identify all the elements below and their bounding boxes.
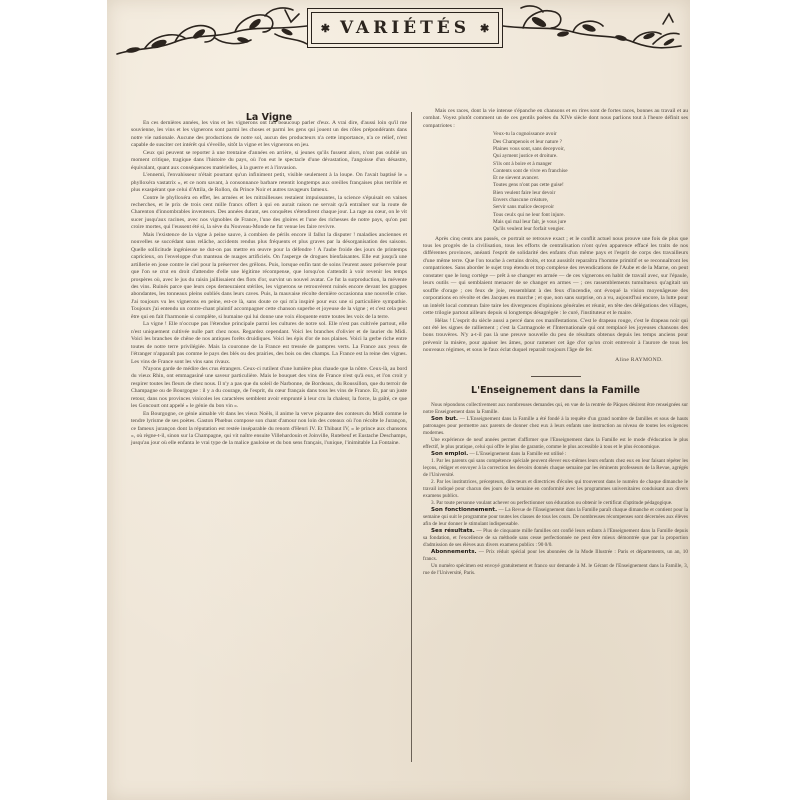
paragraph: La vigne ! Elle n'occupe pas l'étendue p… xyxy=(131,321,407,366)
floral-ornament-left-icon xyxy=(115,4,307,56)
section-paragraph: Un numéro spécimen est envoyé gratuiteme… xyxy=(423,563,688,577)
section-lead: Abonnements. xyxy=(431,549,477,555)
poem-line: Tous ceulx qui ne leur font injure. xyxy=(493,212,688,219)
section-lead: Ses résultats. xyxy=(431,528,475,534)
title-banner: ✱ VARIÉTÉS ✱ xyxy=(307,8,503,48)
section-paragraph: Son emploi. — L'Enseignement dans la Fam… xyxy=(423,451,688,458)
poem-line: S'ils ont à boire et à manger xyxy=(493,161,688,168)
right-column: Mais ces races, dont la vie intense s'ép… xyxy=(423,108,688,577)
poem-line: Bien veulent faire leur devoir xyxy=(493,190,688,197)
poem-line: Plaines vous sont, sans decepvoir, xyxy=(493,146,688,153)
poem-line: Servir sans malice decepvoir xyxy=(493,204,688,211)
section-lead: Son but. xyxy=(431,416,458,422)
section-paragraph: Une expérience de neuf années permet d'a… xyxy=(423,437,688,451)
paragraph: Mais ces races, dont la vie intense s'ép… xyxy=(423,108,688,130)
paragraph: Après cinq cents ans passés, ce portrait… xyxy=(423,236,688,318)
paragraph: En ces dernières années, les vins et les… xyxy=(131,120,407,150)
section-paragraph: 2. Par les institutrices, précepteurs, d… xyxy=(423,479,688,500)
section-paragraph: 3. Par toute personne voulant achever ou… xyxy=(423,500,688,507)
paragraph: N'ayons garde de médire des crus étrange… xyxy=(131,366,407,411)
intro-paragraph: Nous répondons collectivement aux nombre… xyxy=(423,402,688,416)
document-page: ✱ VARIÉTÉS ✱ xyxy=(107,0,690,800)
paragraph: Ceux qui peuvent se reporter à une trent… xyxy=(131,150,407,172)
article-title-enseignement: L'Enseignement dans la Famille xyxy=(423,387,688,394)
section-paragraph: Son fonctionnement. — La Revue de l'Ense… xyxy=(423,507,688,528)
section-lead: Son fonctionnement. xyxy=(431,507,497,513)
star-ornament-icon: ✱ xyxy=(480,22,489,35)
section-header: ✱ VARIÉTÉS ✱ xyxy=(107,4,690,56)
paragraph: Hélas ! L'esprit du siècle aussi a percé… xyxy=(423,318,688,355)
poem-line: Envers chascune créature, xyxy=(493,197,688,204)
poem-line: Contents sont de vivre en franchise xyxy=(493,168,688,175)
section-paragraph: Ses résultats. — Plus de cinquante mille… xyxy=(423,528,688,549)
section-lead: Son emploi. xyxy=(431,451,468,457)
paragraph: Contre le phylloxéra en effet, les armée… xyxy=(131,195,407,232)
poem-quote: Veux-tu la cognoissance avoir Des Champe… xyxy=(493,131,688,233)
section-paragraph: Abonnements. — Prix réduit spécial pour … xyxy=(423,549,688,563)
section-separator xyxy=(531,376,581,377)
poem-line: Des Champenois et leur nature ? xyxy=(493,139,688,146)
section-paragraph: 1. Par les parents qui sans compétence s… xyxy=(423,458,688,479)
poem-line: Qu'ils veulent leur forfait vengier. xyxy=(493,226,688,233)
poem-line: Toutes gens n'ont pas cette guise! xyxy=(493,182,688,189)
floral-ornament-right-icon xyxy=(503,4,683,56)
section-title: VARIÉTÉS xyxy=(340,18,470,38)
column-divider xyxy=(411,112,412,762)
author-signature: Aline RAYMOND. xyxy=(423,357,663,364)
enseignement-body: Nous répondons collectivement aux nombre… xyxy=(423,402,688,577)
poem-line: Veux-tu la cognoissance avoir xyxy=(493,131,688,138)
paragraph: En Bourgogne, ce génie aimable vit dans … xyxy=(131,411,407,448)
left-column: En ces dernières années, les vins et les… xyxy=(131,120,407,448)
section-paragraph: Son but. — L'Enseignement dans la Famill… xyxy=(423,416,688,437)
paragraph: L'ennemi, l'envahisseur n'était pourtant… xyxy=(131,172,407,194)
poem-line: Et ne sievent avancer. xyxy=(493,175,688,182)
paragraph: Mais l'existence de la vigne à peine sau… xyxy=(131,232,407,321)
star-ornament-icon: ✱ xyxy=(321,22,330,35)
poem-line: Qui ayment justice et droiture. xyxy=(493,153,688,160)
